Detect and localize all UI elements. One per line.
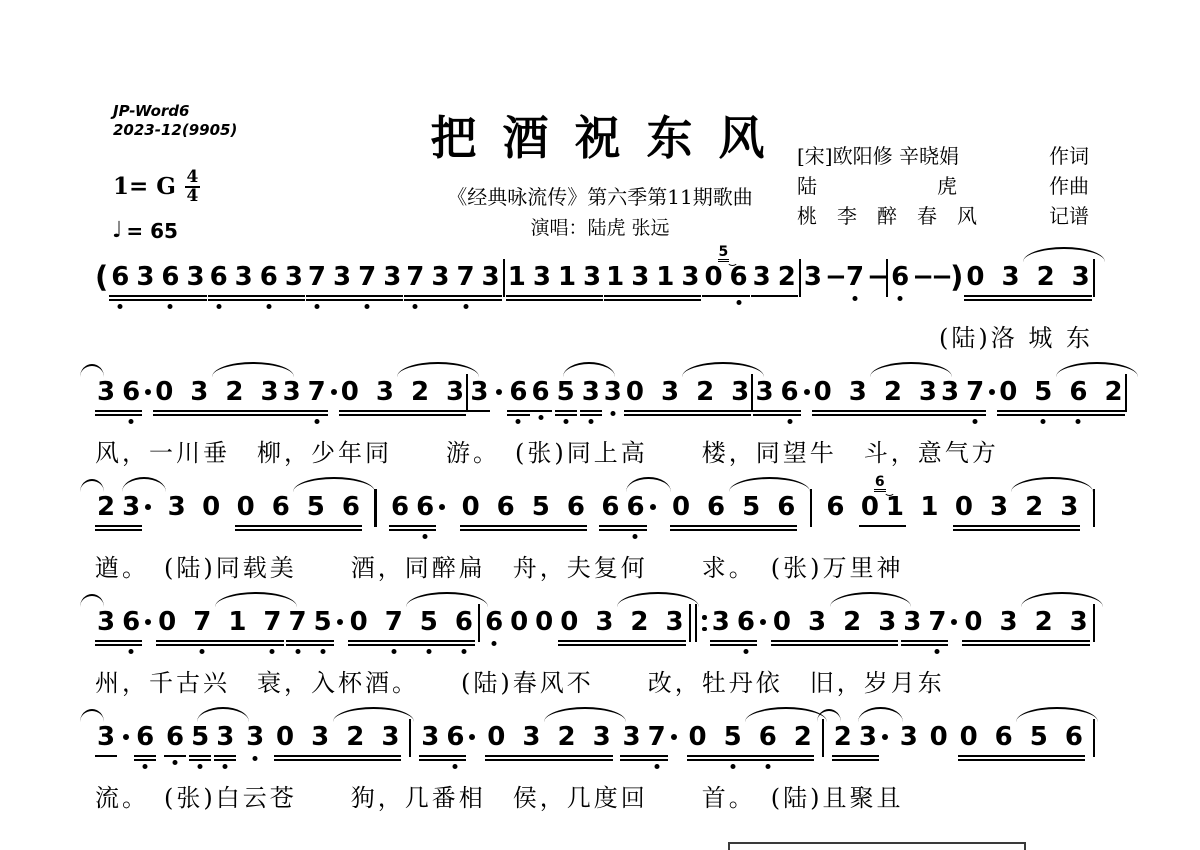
- note-group: 061: [859, 492, 906, 523]
- octave-dot: [216, 304, 221, 309]
- octave-dot: [118, 304, 123, 309]
- note: 6: [453, 607, 475, 638]
- notes-row: 3603233703233665330323360323370562: [95, 377, 1095, 417]
- beam-group: 37: [901, 607, 948, 638]
- beam-group: 0323: [962, 607, 1089, 638]
- note-digit: 5: [312, 607, 334, 638]
- note-group: 66: [599, 492, 657, 523]
- note-digit: 5: [555, 377, 577, 408]
- note-digit: 6: [134, 722, 156, 753]
- note: 3: [1070, 262, 1092, 293]
- beam-group: 0: [200, 492, 222, 523]
- note-group: 0323: [953, 492, 1080, 523]
- note-digit: 3: [593, 607, 615, 638]
- note: 5: [312, 607, 334, 638]
- note-group: 36: [419, 722, 477, 753]
- note-digit: 3: [480, 262, 502, 293]
- note-group: 36: [95, 607, 153, 638]
- beam-group: 0323: [964, 262, 1091, 293]
- note: 0: [964, 262, 986, 293]
- beam-group: 0656: [460, 492, 587, 523]
- note-group: 37: [281, 377, 339, 408]
- note: 6: [444, 722, 466, 753]
- note: 6: [775, 492, 797, 523]
- note: 3: [620, 722, 642, 753]
- note-digit: 3: [244, 722, 266, 753]
- note-digit: 3: [659, 377, 681, 408]
- beam-group: 3: [802, 262, 824, 293]
- note-digit: 2: [223, 377, 245, 408]
- octave-dot: [295, 649, 300, 654]
- octave-dot: [563, 419, 568, 424]
- note: 7: [191, 607, 213, 638]
- note-digit: 6: [495, 492, 517, 523]
- note-digit: 2: [409, 377, 431, 408]
- note: 6: [889, 262, 911, 293]
- beam-group: 7: [844, 262, 866, 293]
- note: 6: [270, 492, 292, 523]
- note-digit: 7: [261, 607, 283, 638]
- note-digit: 3: [120, 492, 142, 523]
- music-system: 366533032336032337056223300656流。 (张)白云苍 …: [95, 722, 1095, 808]
- note: 1: [226, 607, 248, 638]
- note: 0: [687, 722, 709, 753]
- note-group: 36: [95, 722, 156, 753]
- beam-group: 6: [483, 607, 505, 638]
- note: 0: [460, 492, 482, 523]
- note-digit: 3: [802, 262, 824, 293]
- note: 3: [591, 722, 613, 753]
- beam-group: 6363: [208, 262, 305, 293]
- note-digit: 1: [604, 262, 626, 293]
- note: 0: [348, 607, 370, 638]
- note: 3: [988, 492, 1010, 523]
- note-group: 0: [928, 722, 950, 753]
- note-digit: 3: [710, 607, 732, 638]
- barline: [1093, 489, 1095, 527]
- beam-group: 36: [753, 377, 800, 408]
- note-digit: 1: [654, 262, 676, 293]
- dot-after: [989, 389, 995, 395]
- note: 3: [629, 262, 651, 293]
- note-group: 32: [751, 262, 798, 293]
- note: 3: [419, 722, 441, 753]
- repeat-sign: [689, 604, 707, 642]
- note-digit: 3: [468, 377, 490, 408]
- note: 2: [882, 377, 904, 408]
- note: 3: [309, 722, 331, 753]
- note: 3: [233, 262, 255, 293]
- beam-group: 0323: [953, 492, 1080, 523]
- note: 7: [306, 377, 328, 408]
- note-digit: 2: [1035, 262, 1057, 293]
- barline: [1093, 259, 1095, 297]
- note: 7: [964, 377, 986, 408]
- note-digit: 0: [274, 722, 296, 753]
- note: 6: [134, 722, 156, 753]
- beam-group: 3: [244, 722, 266, 753]
- note-group: 7373: [306, 262, 403, 293]
- octave-dot: [898, 296, 903, 301]
- beam-group: 37: [281, 377, 328, 408]
- octave-dot: [320, 649, 325, 654]
- note-digit: 3: [876, 607, 898, 638]
- octave-dot: [391, 649, 396, 654]
- note: 0: [153, 377, 175, 408]
- beam-group: 653: [164, 722, 236, 753]
- note-group: 7: [844, 262, 866, 293]
- note: 2: [1023, 492, 1045, 523]
- note-digit: 6: [208, 262, 230, 293]
- note-digit: 6: [889, 262, 911, 293]
- note: 3: [468, 377, 490, 408]
- octave-dot: [198, 764, 203, 769]
- note: 0: [702, 262, 724, 293]
- note-group: 37: [901, 607, 959, 638]
- note-digit: 6: [775, 492, 797, 523]
- dot-after: [145, 389, 151, 395]
- note-digit: 3: [379, 722, 401, 753]
- note-digit: 0: [958, 722, 980, 753]
- note-digit: 2: [1102, 377, 1124, 408]
- note-digit: 3: [581, 262, 603, 293]
- note-digit: 3: [419, 722, 441, 753]
- credit-role: 作曲: [1049, 171, 1089, 201]
- beam-group: 0323: [624, 377, 751, 408]
- note: 0: [508, 607, 530, 638]
- note-digit: 3: [214, 722, 236, 753]
- beam-group: 1313: [604, 262, 701, 293]
- note-digit: 2: [1033, 607, 1055, 638]
- note-group: 23: [95, 492, 153, 523]
- beam-group: 0: [928, 722, 950, 753]
- note: 7: [926, 607, 948, 638]
- note-digit: 5: [305, 492, 327, 523]
- dot-after: [145, 619, 151, 625]
- note-digit: 6: [1063, 722, 1085, 753]
- music-system: 3603233703233665330323360323370562风，一川垂 …: [95, 377, 1095, 463]
- note-digit: 7: [383, 607, 405, 638]
- note-group: 1313: [604, 262, 701, 293]
- note-digit: 0: [508, 607, 530, 638]
- note: 0: [670, 492, 692, 523]
- note-group: 7373: [404, 262, 501, 293]
- note: 0: [953, 492, 975, 523]
- note-digit: 6: [164, 722, 186, 753]
- note-group: 36: [468, 377, 529, 408]
- note: 2: [628, 607, 650, 638]
- note: 6: [599, 492, 621, 523]
- note-digit: 6: [483, 607, 505, 638]
- note-digit: 3: [901, 607, 923, 638]
- note: 5: [722, 722, 744, 753]
- dash-note: −: [931, 262, 949, 293]
- note: 0: [624, 377, 646, 408]
- note-digit: 6: [599, 492, 621, 523]
- note: 0: [200, 492, 222, 523]
- note-digit: 7: [356, 262, 378, 293]
- note: 3: [580, 377, 602, 408]
- note: 2: [776, 262, 798, 293]
- note: 6: [1067, 377, 1089, 408]
- note-digit: 3: [520, 722, 542, 753]
- note-digit: 0: [153, 377, 175, 408]
- note-digit: 6: [624, 492, 646, 523]
- note: 6: [530, 377, 552, 408]
- note-digit: 3: [591, 722, 613, 753]
- octave-dot: [935, 649, 940, 654]
- grace-note: 5: [718, 245, 730, 262]
- note-group: 0323: [274, 722, 401, 753]
- note-group: 1: [918, 492, 940, 523]
- octave-dot: [129, 649, 134, 654]
- note-group: 6363: [109, 262, 206, 293]
- note-digit: 6: [507, 377, 529, 408]
- note: 3: [581, 262, 603, 293]
- note: 2: [409, 377, 431, 408]
- note-digit: 2: [628, 607, 650, 638]
- octave-dot: [492, 641, 497, 646]
- note-digit: 2: [555, 722, 577, 753]
- note-group: 0656: [958, 722, 1085, 753]
- note-digit: 6: [993, 722, 1015, 753]
- beam-group: 23: [832, 722, 879, 753]
- note: 3: [659, 377, 681, 408]
- dot-after: [331, 389, 337, 395]
- note-group: 653: [530, 377, 602, 408]
- note: 3: [381, 262, 403, 293]
- note-digit: 0: [624, 377, 646, 408]
- note-digit: 7: [404, 262, 426, 293]
- note-digit: 1: [556, 262, 578, 293]
- repeat-dot: [702, 615, 707, 620]
- barline: [886, 259, 888, 297]
- note-digit: 3: [729, 377, 751, 408]
- note: 3: [664, 607, 686, 638]
- note-group: 3: [802, 262, 824, 293]
- note-digit: 3: [917, 377, 939, 408]
- barline: [478, 604, 480, 642]
- note-group: 37: [939, 377, 997, 408]
- octave-dot: [743, 649, 748, 654]
- parenthesis: (: [95, 262, 108, 293]
- note-group: 0: [533, 607, 555, 638]
- notes-row: 366533032336032337056223300656: [95, 722, 1095, 762]
- bottom-partial-box: [728, 842, 1026, 850]
- note: 1: [654, 262, 676, 293]
- credits: [宋]欧阳修 辛晓娟 作词 陆 虎 作曲 桃 李 醉 春 风 记谱: [797, 141, 1089, 231]
- note-group: 6: [889, 262, 911, 293]
- note-digit: 2: [95, 492, 117, 523]
- note: 2: [832, 722, 854, 753]
- note-digit: 3: [134, 262, 156, 293]
- beam-group: 6: [824, 492, 846, 523]
- beam-group: 1313: [506, 262, 603, 293]
- note-group: 36: [710, 607, 768, 638]
- beam-group: 0323: [339, 377, 466, 408]
- music-system: 23300656660656660656606110323遒。 (陆)同载美 酒…: [95, 492, 1095, 578]
- beam-group: 0323: [274, 722, 401, 753]
- note-digit: 3: [602, 377, 624, 408]
- note: 2: [223, 377, 245, 408]
- dash-note: −: [912, 262, 930, 293]
- octave-dot: [314, 419, 319, 424]
- octave-dot: [463, 304, 468, 309]
- beam-group: 37: [620, 722, 667, 753]
- beam-group: 0323: [558, 607, 685, 638]
- beam-group: 66: [599, 492, 646, 523]
- note: 3: [95, 722, 117, 753]
- beam-group: 36: [95, 722, 156, 753]
- note: 6: [120, 607, 142, 638]
- note-digit: 2: [776, 262, 798, 293]
- note: 2: [792, 722, 814, 753]
- note: 2: [841, 607, 863, 638]
- note-digit: 7: [306, 262, 328, 293]
- beam-group: 23: [95, 492, 142, 523]
- note: 0: [928, 722, 950, 753]
- note: 6: [389, 492, 411, 523]
- note-group: 0323: [153, 377, 280, 408]
- lyrics-line: 流。 (张)白云苍 狗，几番相 侯，几度回 首。 (陆)且聚且: [95, 778, 1095, 808]
- octave-dot: [423, 534, 428, 539]
- note-digit: 0: [533, 607, 555, 638]
- credit-line-lyricist: [宋]欧阳修 辛晓娟 作词: [797, 141, 1089, 171]
- octave-dot: [973, 419, 978, 424]
- sheet-music-page: JP-Word6 2023-12(9905) 1= G 4 4 ♩ = 65 把…: [0, 0, 1200, 850]
- note: 3: [997, 607, 1019, 638]
- dot-after: [804, 389, 810, 395]
- note-digit: 1: [506, 262, 528, 293]
- note: 2: [1102, 377, 1124, 408]
- beam-group: 75: [286, 607, 333, 638]
- note: 7: [646, 722, 668, 753]
- note: 5: [189, 722, 211, 753]
- note: 0: [812, 377, 834, 408]
- note-digit: 3: [620, 722, 642, 753]
- note-digit: 3: [381, 262, 403, 293]
- repeat-dot: [702, 627, 707, 632]
- beam-group: 3: [166, 492, 188, 523]
- note-digit: 1: [226, 607, 248, 638]
- note-digit: 3: [185, 262, 207, 293]
- octave-dot: [516, 419, 521, 424]
- beam-group: 7373: [306, 262, 403, 293]
- dash-note: −: [867, 262, 885, 293]
- note-group: 0323: [771, 607, 898, 638]
- beam-group: 0562: [997, 377, 1124, 408]
- beam-group: 0323: [771, 607, 898, 638]
- note-digit: 5: [1028, 722, 1050, 753]
- note: 3: [281, 377, 303, 408]
- octave-dot: [168, 304, 173, 309]
- note: 2: [694, 377, 716, 408]
- octave-dot: [765, 764, 770, 769]
- note-digit: 3: [331, 262, 353, 293]
- note: 0: [533, 607, 555, 638]
- octave-dot: [453, 764, 458, 769]
- lyrics-line: (陆)洛 城 东: [95, 318, 1095, 348]
- note: 6: [483, 607, 505, 638]
- note-digit: 3: [997, 607, 1019, 638]
- note: 7: [404, 262, 426, 293]
- note-digit: 2: [792, 722, 814, 753]
- beam-group: 36: [95, 377, 142, 408]
- note: 3: [857, 722, 879, 753]
- note: 3: [679, 262, 701, 293]
- note-digit: 3: [283, 262, 305, 293]
- note-digit: 6: [530, 377, 552, 408]
- note: 6: [565, 492, 587, 523]
- note-digit: 7: [286, 607, 308, 638]
- note: 3: [901, 607, 923, 638]
- note-digit: 6: [258, 262, 280, 293]
- note: 0: [558, 607, 580, 638]
- note: 6: [993, 722, 1015, 753]
- note: 0: [771, 607, 793, 638]
- note-digit: 6: [120, 607, 142, 638]
- note: 6: [1063, 722, 1085, 753]
- note: 7: [844, 262, 866, 293]
- note-digit: 7: [844, 262, 866, 293]
- barline: [822, 719, 824, 757]
- note-digit: 3: [1068, 607, 1090, 638]
- note-digit: 3: [629, 262, 651, 293]
- note: 6: [507, 377, 529, 408]
- note-group: 6: [824, 492, 846, 523]
- note-digit: 6: [389, 492, 411, 523]
- note: 3: [120, 492, 142, 523]
- credit-role: 作词: [1049, 141, 1089, 171]
- note-digit: 5: [530, 492, 552, 523]
- barline: [503, 259, 505, 297]
- note-digit: 3: [580, 377, 602, 408]
- note: 6: [779, 377, 801, 408]
- octave-dot: [610, 411, 615, 416]
- note: 6: [735, 607, 757, 638]
- note-digit: 6: [159, 262, 181, 293]
- repeat-bar: [689, 604, 691, 642]
- note: 3: [729, 377, 751, 408]
- note: 6: [164, 722, 186, 753]
- note-digit: 0: [962, 607, 984, 638]
- note: 3: [1068, 607, 1090, 638]
- octave-dot: [143, 764, 148, 769]
- beam-group: 3: [602, 377, 624, 408]
- note: 2: [95, 492, 117, 523]
- note: 6: [624, 492, 646, 523]
- note-group: 3: [166, 492, 188, 523]
- octave-dot: [129, 419, 134, 424]
- note: 3: [876, 607, 898, 638]
- note-group: 0717: [156, 607, 283, 638]
- note-digit: 3: [988, 492, 1010, 523]
- note: 0: [859, 492, 881, 523]
- note: 3: [480, 262, 502, 293]
- note-digit: 0: [953, 492, 975, 523]
- note: 6: [120, 377, 142, 408]
- note-digit: 3: [751, 262, 773, 293]
- note-digit: 3: [188, 377, 210, 408]
- note-digit: 6: [757, 722, 779, 753]
- notes-row: 23300656660656660656606110323: [95, 492, 1095, 532]
- octave-dot: [314, 304, 319, 309]
- note: 3: [379, 722, 401, 753]
- note-digit: 0: [235, 492, 257, 523]
- note: 3: [802, 262, 824, 293]
- note: 3: [374, 377, 396, 408]
- note-digit: 6: [735, 607, 757, 638]
